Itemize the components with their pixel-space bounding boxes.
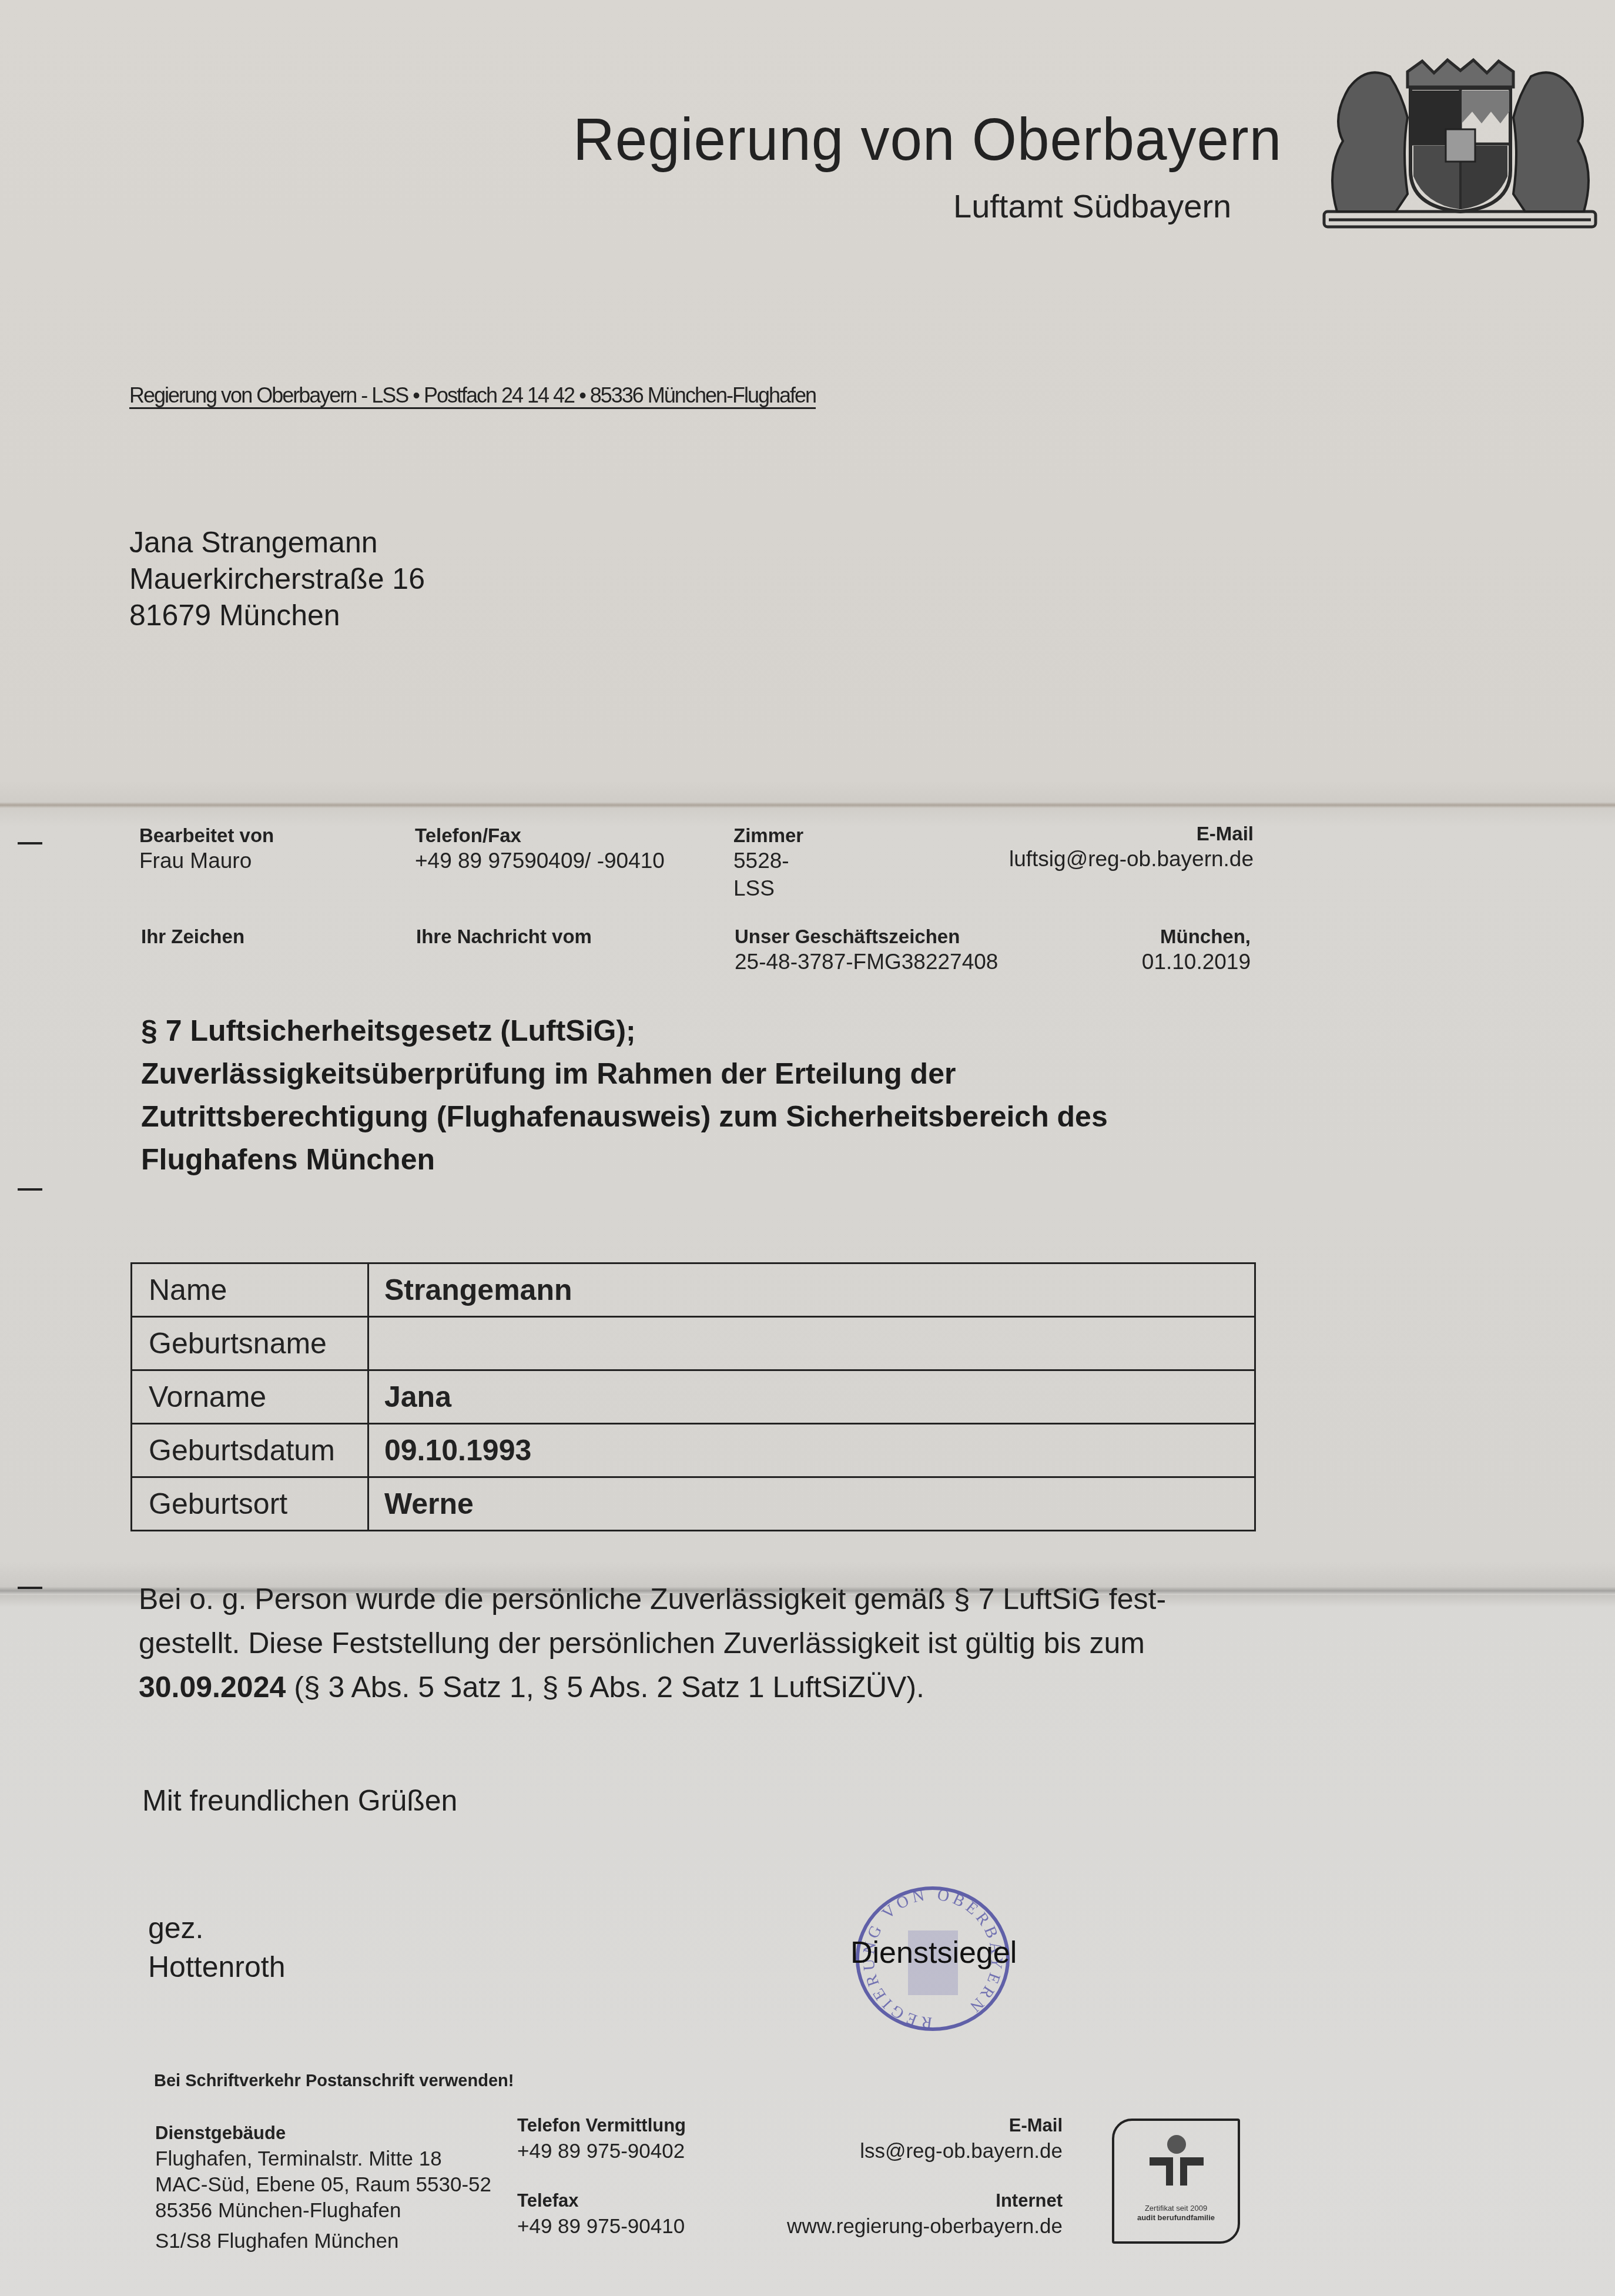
punch-mark: [18, 1188, 42, 1191]
authority-title: Regierung von Oberbayern: [573, 104, 1282, 174]
row-value: 09.10.1993: [368, 1424, 1255, 1477]
recipient-street: Mauerkircherstraße 16: [129, 561, 425, 597]
person-details-table: NameStrangemannGeburtsnameVornameJanaGeb…: [130, 1262, 1256, 1531]
table-row: Geburtsdatum09.10.1993: [132, 1424, 1255, 1477]
recipient-name: Jana Strangemann: [129, 524, 425, 561]
recipient-city: 81679 München: [129, 597, 425, 634]
info-email: E-Mail luftsig@reg-ob.bayern.de: [1009, 823, 1254, 873]
return-address: Regierung von Oberbayern - LSS • Postfac…: [129, 383, 816, 408]
valid-until-date: 30.09.2024: [139, 1671, 286, 1704]
info-geschaeftszeichen: Unser Geschäftszeichen 25-48-3787-FMG382…: [735, 926, 998, 976]
row-label: Geburtsdatum: [132, 1424, 368, 1477]
signature-block: gez. Hottenroth: [148, 1909, 285, 1986]
row-value: [368, 1317, 1255, 1370]
fold-mark: [18, 1587, 42, 1589]
signatory-name: Hottenroth: [148, 1948, 285, 1986]
footer-telefon: Telefon Vermittlung +49 89 975-90402 Tel…: [517, 2113, 686, 2240]
row-label: Vorname: [132, 1370, 368, 1424]
certificate-badge: Zertifikat seit 2009 audit berufundfamil…: [1112, 2119, 1240, 2244]
table-row: VornameJana: [132, 1370, 1255, 1424]
row-label: Geburtsname: [132, 1317, 368, 1370]
table-row: Geburtsname: [132, 1317, 1255, 1370]
footer-note: Bei Schriftverkehr Postanschrift verwend…: [154, 2072, 514, 2091]
seal-label: Dienstsiegel: [850, 1935, 1017, 1970]
coat-of-arms-icon: [1314, 53, 1607, 232]
row-label: Name: [132, 1263, 368, 1317]
info-ihr-zeichen: Ihr Zeichen: [141, 926, 244, 948]
closing-greeting: Mit freundlichen Grüßen: [142, 1784, 457, 1818]
row-label: Geburtsort: [132, 1477, 368, 1531]
subject: § 7 Luftsicherheitsgesetz (LuftSiG); Zuv…: [141, 1010, 1258, 1181]
info-ihre-nachricht: Ihre Nachricht vom: [416, 926, 592, 948]
row-value: Jana: [368, 1370, 1255, 1424]
paper-fold-upper: [0, 802, 1615, 808]
footer-dienstgebaeude: Dienstgebäude Flughafen, Terminalstr. Mi…: [155, 2120, 491, 2254]
fold-mark: [18, 842, 42, 844]
recipient-address: Jana Strangemann Mauerkircherstraße 16 8…: [129, 524, 425, 634]
info-bearbeitet-von: Bearbeitet von Frau Mauro: [139, 824, 274, 874]
info-telefon-fax: Telefon/Fax +49 89 97590409/ -90410: [415, 824, 665, 874]
body-paragraph: Bei o. g. Person wurde die persönliche Z…: [139, 1577, 1255, 1710]
beruf-und-familie-icon: [1114, 2121, 1238, 2203]
info-zimmer: Zimmer 5528- LSS: [733, 824, 803, 902]
info-ort-datum: München, 01.10.2019: [1142, 926, 1251, 976]
footer-contact: E-Mail lss@reg-ob.bayern.de Internet www…: [787, 2113, 1063, 2240]
row-value: Strangemann: [368, 1263, 1255, 1317]
table-row: NameStrangemann: [132, 1263, 1255, 1317]
table-row: GeburtsortWerne: [132, 1477, 1255, 1531]
authority-subtitle: Luftamt Südbayern: [953, 187, 1231, 225]
row-value: Werne: [368, 1477, 1255, 1531]
